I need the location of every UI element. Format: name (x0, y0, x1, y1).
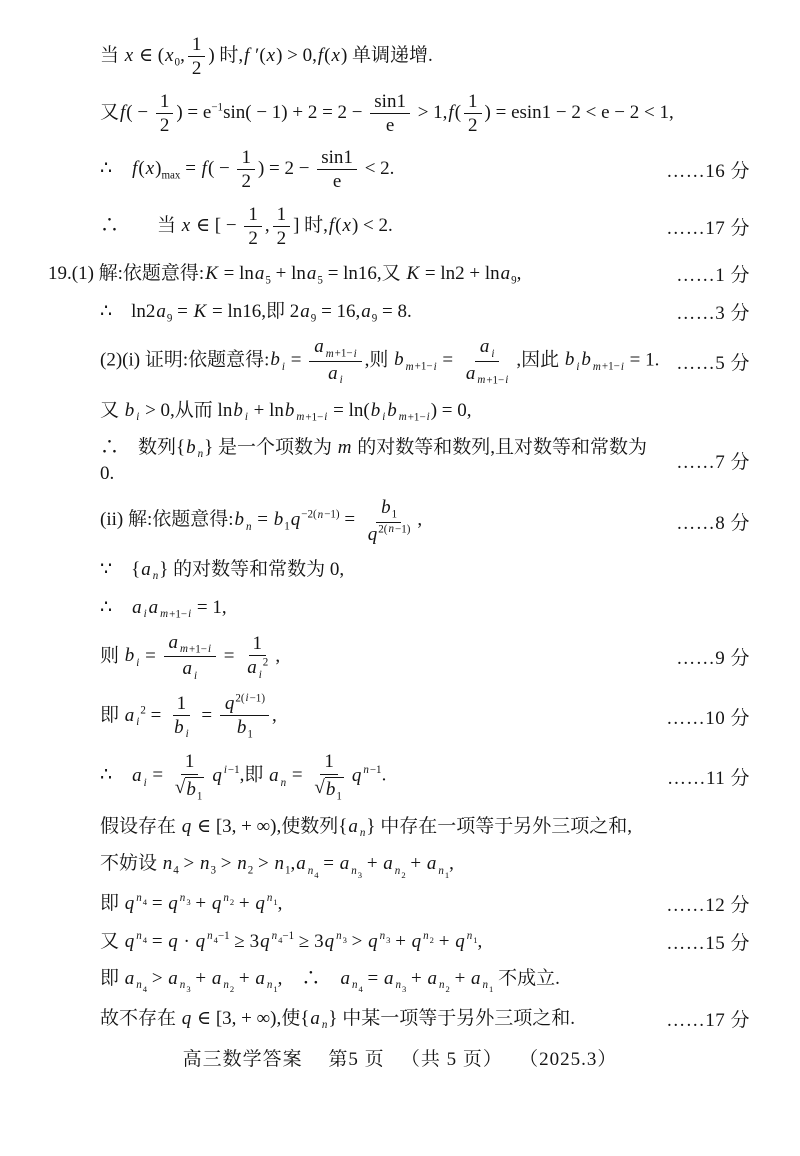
math-variable: a (131, 597, 143, 618)
math-text: > (216, 853, 236, 874)
math-text: +1− (335, 348, 353, 360)
math-text: sin( − 1) + 2 = 2 − (223, 102, 367, 123)
math-variable: m (337, 437, 353, 458)
math-text: +1− (169, 608, 187, 620)
math-text: < 2. (360, 158, 394, 179)
math-variable: n (162, 853, 174, 874)
fraction-numerator: 1 (249, 633, 267, 656)
math-variable: b (393, 349, 405, 370)
math-text: ≥ 3 (294, 931, 323, 952)
math-text: ( (455, 102, 461, 123)
math-variable: n (197, 448, 205, 460)
math-text: +1− (305, 411, 323, 423)
math-text: ( − (208, 158, 235, 179)
document-page: 当 x ∈ (x0,12) 时,f ′(x) > 0,f(x) 单调递增.又f(… (0, 0, 800, 1156)
math-variable: n (199, 853, 211, 874)
math-text: = 16, (316, 301, 360, 322)
math-variable: n (379, 930, 387, 942)
fraction-denominator: b1 (232, 716, 257, 740)
math-variable: n (236, 853, 248, 874)
superscript: n1 (466, 930, 478, 942)
math-text: ) = e (176, 102, 211, 123)
math-text: + (390, 931, 410, 952)
math-text: 2 (468, 115, 478, 136)
subscript: n4 (135, 979, 147, 991)
subscript: m+1−i (405, 361, 438, 373)
math-variable: K (193, 301, 208, 322)
line-q-power-inequality: 又 qn4 = q · qn4−1 ≥ 3qn4−1 ≥ 3qn3 > qn3 … (100, 928, 750, 955)
subscript: n2 (394, 865, 406, 877)
math-variable: i (339, 374, 344, 386)
math-text: sin1 (374, 91, 406, 112)
math-variable: a (470, 968, 482, 989)
math-variable: f (201, 158, 208, 179)
fraction-numerator: ai (475, 336, 500, 361)
math-variable: K (204, 263, 219, 284)
math-variable: x (331, 45, 341, 66)
fraction-numerator: am+1−i (309, 336, 361, 361)
math-variable: m (398, 411, 408, 423)
fraction-numerator: 1 (156, 91, 174, 114)
math-text: > (179, 853, 199, 874)
math-variable: a (313, 336, 325, 357)
math-text: 1 (284, 521, 290, 533)
score-marker: ……11 分 (667, 763, 750, 790)
superscript: n1 (266, 892, 278, 904)
fraction: 12 (464, 91, 482, 137)
subscript: n2 (222, 979, 234, 991)
page-footer: 高三数学答案 第5 页 （共 5 页） （2025.3） (0, 1044, 800, 1071)
line-fmax: ∴ f(x)max = f( − 12) = 2 − sin1e < 2.……1… (100, 147, 750, 193)
math-text: + (406, 853, 426, 874)
square-root: √b1 (314, 777, 343, 802)
math-text: 不成立. (493, 968, 560, 989)
math-text: e (386, 115, 394, 136)
math-text: = (197, 705, 217, 726)
math-variable: x (145, 158, 155, 179)
superscript: i−1 (223, 764, 240, 776)
subscript: i (339, 374, 344, 386)
footer-text: 高三数学答案 第5 页 （共 5 页） （2025.3） (183, 1049, 618, 1070)
math-text: ∴ 数列{ (100, 437, 185, 458)
math-text: = ln2 + ln (420, 263, 500, 284)
math-text: −1) (324, 509, 339, 521)
math-variable: n (206, 930, 214, 942)
subscript: 1 (247, 728, 253, 740)
math-text: ) = 0, (431, 400, 472, 421)
fraction: sin1e (317, 147, 357, 193)
math-variable: n (222, 892, 230, 904)
fraction-numerator: 1 (173, 693, 191, 716)
math-text: , ∴ (278, 968, 340, 989)
subscript: i (143, 608, 148, 620)
line-contradiction: 即 an4 > an3 + an2 + an1, ∴ an4 = an3 + a… (100, 966, 750, 994)
math-expression: 又f( − 12) = e−1sin( − 1) + 2 = 2 − sin1e… (100, 91, 674, 137)
line-endpoint-values: 又f( − 12) = e−1sin( − 1) + 2 = 2 − sin1e… (100, 91, 750, 137)
math-text: + (450, 968, 470, 989)
math-text: 1 (392, 509, 398, 521)
math-expression: 19.(1) 解:依题意得:K = lna5 + lna5 = ln16,又 K… (48, 261, 521, 287)
math-text: = (253, 509, 273, 530)
math-variable: x (181, 215, 191, 236)
fraction: 1bi (169, 693, 194, 741)
math-variable: a (295, 853, 307, 874)
subscript: n3 (179, 979, 191, 991)
math-text: 1 (241, 147, 251, 168)
math-text: (2)(i) 证明:依题意得: (100, 349, 269, 370)
math-variable: a (309, 1008, 321, 1029)
math-expression: 即 ai2 = 1bi = q2(i−1)b1, (100, 693, 277, 741)
math-text: , (278, 893, 283, 914)
line-conclusion-17: ∴ 当 x ∈ [ − 12,12] 时,f(x) < 2.……17 分 (100, 204, 750, 250)
math-expression: ∴ f(x)max = f( − 12) = 2 − sin1e < 2. (100, 147, 394, 193)
math-text: } 的对数等和常数为 0, (159, 559, 344, 580)
math-variable: q (351, 765, 363, 786)
score-marker: ……3 分 (676, 298, 750, 325)
line-a9-result: ∴ ln2a9 = K = ln16,即 2a9 = 16,a9 = 8.……3… (100, 298, 750, 325)
math-variable: q (195, 931, 207, 952)
subscript: n2 (438, 979, 450, 991)
math-variable: q (290, 509, 302, 530)
math-variable: n (135, 930, 143, 942)
math-text: max (161, 170, 180, 182)
math-text: +1− (602, 361, 620, 373)
square-root: √b1 (175, 777, 204, 802)
math-variable: a (268, 765, 280, 786)
math-text: 1 (468, 91, 478, 112)
math-variable: a (426, 853, 438, 874)
math-variable: b (325, 779, 337, 800)
math-variable: n (273, 853, 285, 874)
fraction-denominator: e (382, 114, 398, 136)
math-variable: n (482, 979, 490, 991)
math-expression: ∵ {an} 的对数等和常数为 0, (100, 557, 344, 583)
fraction-numerator: am+1−i (164, 632, 216, 657)
math-text: ) = esin1 − 2 < e − 2 < 1, (485, 102, 674, 123)
fraction-denominator: 2 (188, 57, 206, 79)
math-expression: 又 bi > 0,从而 lnbi + lnbm+1−i = ln(bibm+1−… (100, 398, 472, 424)
superscript: n2 (222, 892, 234, 904)
math-variable: m (295, 411, 305, 423)
fraction-denominator: e (329, 170, 345, 192)
math-text: −2( (301, 509, 316, 521)
subscript: i (193, 670, 198, 682)
math-variable: q (167, 893, 179, 914)
line-q19-part1: 19.(1) 解:依题意得:K = lna5 + lna5 = ln16,又 K… (48, 260, 750, 287)
math-variable: m (476, 374, 486, 386)
math-variable: a (327, 363, 339, 384)
math-expression: 当 x ∈ (x0,12) 时,f ′(x) > 0,f(x) 单调递增. (100, 34, 433, 80)
superscript: n3 (179, 892, 191, 904)
math-text: } 中存在一项等于另外三项之和, (366, 816, 632, 837)
score-marker: ……17 分 (666, 1005, 750, 1032)
math-text: = (219, 645, 239, 666)
math-text: ,即 (240, 765, 269, 786)
math-text: 又 (100, 400, 124, 421)
subscript: max (161, 170, 180, 182)
math-text: , (449, 853, 454, 874)
math-text: , (180, 45, 185, 66)
math-text: > (147, 968, 167, 989)
math-text: ≥ 3 (230, 931, 259, 952)
radicand: b1 (185, 777, 204, 802)
math-expression: 假设存在 q ∈ [3, + ∞),使数列{an} 中存在一项等于另外三项之和, (100, 814, 632, 840)
math-variable: x (342, 215, 352, 236)
fraction-denominator: 2 (464, 114, 482, 136)
math-text: ) > 0, (276, 45, 317, 66)
subscript: 1 (392, 509, 398, 521)
math-text: ∈ [ − (191, 215, 241, 236)
fraction-denominator: √b1 (171, 775, 208, 802)
math-variable: a (246, 657, 258, 678)
fraction: aiam+1−i (461, 336, 513, 386)
math-variable: a (124, 705, 136, 726)
fraction-numerator: 1 (244, 204, 262, 227)
superscript: n−1 (362, 764, 381, 776)
superscript: −2(n−1) (301, 509, 339, 521)
math-text: , (275, 645, 280, 666)
math-variable: a (479, 336, 491, 357)
fraction-numerator: b1 (376, 497, 401, 522)
math-variable: a (306, 263, 318, 284)
subscript: n3 (350, 865, 362, 877)
subscript: m+1−i (179, 643, 212, 655)
math-text: −1 (218, 930, 230, 942)
math-variable: a (427, 968, 439, 989)
subscript: n1 (266, 979, 278, 991)
math-text: 当 (100, 45, 124, 66)
math-expression: 则 bi = am+1−iai = 1ai2, (100, 632, 280, 682)
subscript: i (490, 348, 495, 360)
line-q19-part2i-proof: (2)(i) 证明:依题意得:bi = am+1−iai,则 bm+1−i = … (100, 336, 750, 386)
math-text: , (265, 215, 270, 236)
math-expression: ∴ 数列{bn} 是一个项数为 m 的对数等和数列,且对数等和常数为 0. (100, 435, 662, 486)
math-text: ) 时, (208, 45, 243, 66)
subscript: 1 (284, 521, 290, 533)
math-variable: m (405, 361, 415, 373)
score-marker: ……16 分 (666, 156, 750, 183)
subscript: m+1−i (295, 411, 328, 423)
math-variable: b (273, 509, 285, 530)
math-variable: q (181, 816, 193, 837)
fraction-denominator: 2 (237, 170, 255, 192)
math-variable: a (382, 853, 394, 874)
superscript: 2(n−1) (378, 523, 410, 535)
line-because-constant-zero: ∵ {an} 的对数等和常数为 0, (100, 556, 750, 583)
math-text: 又 (100, 102, 119, 123)
math-text: 假设存在 (100, 816, 181, 837)
math-expression: 即 qn4 = qn3 + qn2 + qn1, (100, 891, 282, 917)
math-text: ,则 (365, 349, 394, 370)
math-variable: n (271, 930, 279, 942)
math-text: ∈ [3, + ∞),使{ (192, 1008, 309, 1029)
subscript: n (197, 448, 205, 460)
math-text: −1) (395, 523, 410, 535)
math-variable: i (185, 728, 190, 740)
line-bi-formula: 则 bi = am+1−iai = 1ai2,……9 分 (100, 632, 750, 682)
math-text: = (147, 893, 167, 914)
math-text: ( (335, 215, 341, 236)
math-variable: a (500, 263, 512, 284)
subscript: 1 (197, 790, 203, 802)
math-variable: b (185, 779, 197, 800)
math-variable: b (234, 509, 246, 530)
math-variable: n (387, 523, 395, 535)
math-variable: b (173, 717, 185, 738)
math-text: · (179, 931, 195, 952)
math-text: = ln16,又 (323, 263, 406, 284)
line-part2ii-setup: (ii) 解:依题意得:bn = b1q−2(n−1) = b1q2(n−1),… (100, 497, 750, 545)
fraction-numerator: 1 (181, 751, 199, 774)
math-text: + (406, 968, 426, 989)
fraction: 12 (156, 91, 174, 137)
math-variable: b (564, 349, 576, 370)
math-text: = (147, 931, 167, 952)
subscript: m+1−i (476, 374, 509, 386)
math-text: e (333, 171, 341, 192)
math-text: + ln (249, 400, 284, 421)
math-text: ∈ [3, + ∞),使数列{ (192, 816, 347, 837)
math-text: ( − (126, 102, 153, 123)
math-text: 1 (185, 751, 195, 772)
math-text: + ln (271, 263, 306, 284)
math-text: ∵ { (100, 559, 140, 580)
math-variable: i (143, 608, 148, 620)
math-variable: f (447, 102, 454, 123)
math-text: = (363, 968, 383, 989)
subscript: i (185, 728, 190, 740)
math-text: −1) (250, 692, 265, 704)
fraction-denominator: 2 (273, 227, 291, 249)
math-variable: a (339, 853, 351, 874)
score-marker: ……12 分 (666, 890, 750, 917)
math-variable: i (258, 669, 263, 681)
math-variable: n (245, 521, 253, 533)
math-text: ∴ (100, 597, 131, 618)
superscript: −1 (211, 101, 223, 113)
math-text: ∴ (100, 158, 131, 179)
superscript: n4−1 (206, 930, 230, 942)
math-variable: q (167, 931, 179, 952)
fraction: 12 (237, 147, 255, 193)
math-text: + (362, 853, 382, 874)
math-text: +1− (408, 411, 426, 423)
math-variable: a (131, 765, 143, 786)
math-variable: b (380, 497, 392, 518)
math-text: . (382, 765, 387, 786)
line-final-conclusion: 故不存在 q ∈ [3, + ∞),使{an} 中某一项等于另外三项之和.……1… (100, 1005, 750, 1032)
subscript: m+1−i (398, 411, 431, 423)
math-variable: n (394, 979, 402, 991)
math-variable: b (269, 349, 281, 370)
superscript: 2 (263, 657, 269, 669)
superscript: n4 (135, 892, 147, 904)
math-text: 2 (263, 657, 269, 669)
math-expression: 故不存在 q ∈ [3, + ∞),使{an} 中某一项等于另外三项之和. (100, 1006, 575, 1032)
math-text: + (191, 968, 211, 989)
math-variable: q (367, 524, 379, 545)
math-variable: a (148, 597, 160, 618)
math-variable: a (155, 301, 167, 322)
math-text: ∴ ln2 (100, 301, 155, 322)
math-text: = 1, (192, 597, 226, 618)
math-text: 则 (100, 645, 124, 666)
math-variable: n (135, 979, 143, 991)
fraction-numerator: 1 (188, 34, 206, 57)
score-marker: ……8 分 (676, 508, 750, 535)
fraction-numerator: sin1 (370, 91, 410, 114)
math-variable: n (362, 764, 370, 776)
math-variable: n (222, 979, 230, 991)
math-text: (ii) 解:依题意得: (100, 509, 234, 530)
math-text: > (253, 853, 273, 874)
math-variable: b (284, 400, 296, 421)
math-variable: a (140, 559, 152, 580)
math-text: ) = 2 − (258, 158, 314, 179)
math-text: ,因此 (516, 349, 564, 370)
math-variable: q (181, 1008, 193, 1029)
math-text: = (148, 765, 168, 786)
math-expression: (ii) 解:依题意得:bn = b1q−2(n−1) = b1q2(n−1), (100, 497, 422, 545)
math-variable: K (405, 263, 420, 284)
radicand: b1 (325, 777, 344, 802)
math-text: = ln( (328, 400, 369, 421)
line-ai-squared: 即 ai2 = 1bi = q2(i−1)b1,……10 分 (100, 693, 750, 741)
math-text: ( (324, 45, 330, 66)
math-expression: 不妨设 n4 > n3 > n2 > n1,an4 = an3 + an2 + … (100, 851, 454, 879)
math-variable: q (211, 893, 223, 914)
math-expression: ∴ 当 x ∈ [ − 12,12] 时,f(x) < 2. (100, 204, 393, 250)
math-text: } 中某一项等于另外三项之和. (328, 1008, 575, 1029)
score-marker: ……5 分 (676, 348, 750, 375)
math-variable: b (124, 645, 136, 666)
math-text: 即 (100, 893, 124, 914)
math-text: , (272, 705, 277, 726)
math-text: 故不存在 (100, 1008, 181, 1029)
math-text: 又 (100, 931, 124, 952)
score-marker: ……7 分 (676, 447, 750, 474)
math-text: + (434, 931, 454, 952)
math-text: = 1. (625, 349, 659, 370)
math-variable: m (592, 361, 602, 373)
score-marker: ……9 分 (676, 643, 750, 670)
math-variable: m (179, 643, 189, 655)
subscript: n4 (351, 979, 363, 991)
fraction: am+1−iai (164, 632, 216, 682)
math-text: +1− (486, 374, 504, 386)
math-text: = ln16,即 2 (207, 301, 299, 322)
math-variable: a (182, 658, 194, 679)
line-product-one: ∴ aiam+1−i = 1, (100, 594, 750, 621)
fraction-numerator: 1 (464, 91, 482, 114)
math-text: 1 (248, 204, 258, 225)
math-variable: a (347, 816, 359, 837)
math-variable: n (335, 930, 343, 942)
radical-sign: √ (175, 778, 185, 797)
fraction-denominator: ai (323, 362, 348, 386)
math-variable: x (266, 45, 276, 66)
fraction-denominator: q2(n−1) (363, 523, 415, 545)
math-text: ( (138, 158, 144, 179)
math-text: +1− (415, 361, 433, 373)
math-variable: q (454, 931, 466, 952)
math-text: = (146, 705, 166, 726)
math-variable: a (168, 632, 180, 653)
line-wlog: 不妨设 n4 > n3 > n2 > n1,an4 = an3 + an2 + … (100, 851, 750, 879)
fraction-denominator: bi (169, 716, 194, 740)
math-variable: a (339, 968, 351, 989)
math-text: ∈ ( (134, 45, 164, 66)
